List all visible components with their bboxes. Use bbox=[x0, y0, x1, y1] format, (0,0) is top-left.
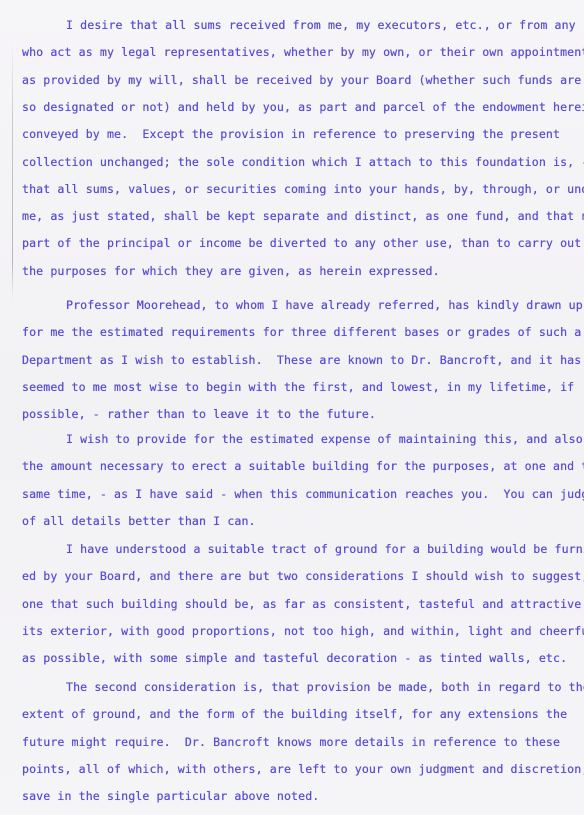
text-line: The second consideration is, that provis… bbox=[66, 680, 584, 694]
text-line: possible, - rather than to leave it to t… bbox=[22, 407, 376, 421]
text-line: ed by your Board, and there are but two … bbox=[22, 569, 584, 583]
text-line: Professor Moorehead, to whom I have alre… bbox=[66, 298, 583, 312]
text-line: as possible, with some simple and tastef… bbox=[22, 651, 567, 665]
text-line: one that such building should be, as far… bbox=[22, 597, 584, 611]
text-line: as provided by my will, shall be receive… bbox=[22, 73, 581, 87]
text-line: Department as I wish to establish. These… bbox=[22, 353, 581, 367]
text-line: seemed to me most wise to begin with the… bbox=[22, 380, 574, 394]
text-line: points, all of which, with others, are l… bbox=[22, 762, 584, 776]
text-line: the purposes for which they are given, a… bbox=[22, 264, 440, 278]
text-line: I wish to provide for the estimated expe… bbox=[66, 432, 583, 446]
text-line: me, as just stated, shall be kept separa… bbox=[22, 209, 584, 223]
text-line: its exterior, with good proportions, not… bbox=[22, 624, 584, 638]
text-line: save in the single particular above note… bbox=[22, 789, 319, 803]
text-line: part of the principal or income be diver… bbox=[22, 236, 581, 250]
text-line: future might require. Dr. Bancroft knows… bbox=[22, 735, 560, 749]
text-line: who act as my legal representatives, whe… bbox=[22, 45, 584, 59]
text-line: I desire that all sums received from me,… bbox=[66, 18, 576, 32]
text-line: the amount necessary to erect a suitable… bbox=[22, 459, 584, 473]
margin-mark bbox=[12, 40, 13, 300]
text-line: that all sums, values, or securities com… bbox=[22, 182, 584, 196]
text-line: so designated or not) and held by you, a… bbox=[22, 100, 584, 114]
text-line: extent of ground, and the form of the bu… bbox=[22, 707, 567, 721]
typed-letter-page: I desire that all sums received from me,… bbox=[0, 0, 584, 815]
text-line: of all details better than I can. bbox=[22, 514, 256, 528]
text-line: I have understood a suitable tract of gr… bbox=[66, 542, 584, 556]
text-line: conveyed by me. Except the provision in … bbox=[22, 127, 560, 141]
text-line: collection unchanged; the sole condition… bbox=[22, 155, 584, 169]
text-line: same time, - as I have said - when this … bbox=[22, 487, 584, 501]
text-line: for me the estimated requirements for th… bbox=[22, 325, 581, 339]
